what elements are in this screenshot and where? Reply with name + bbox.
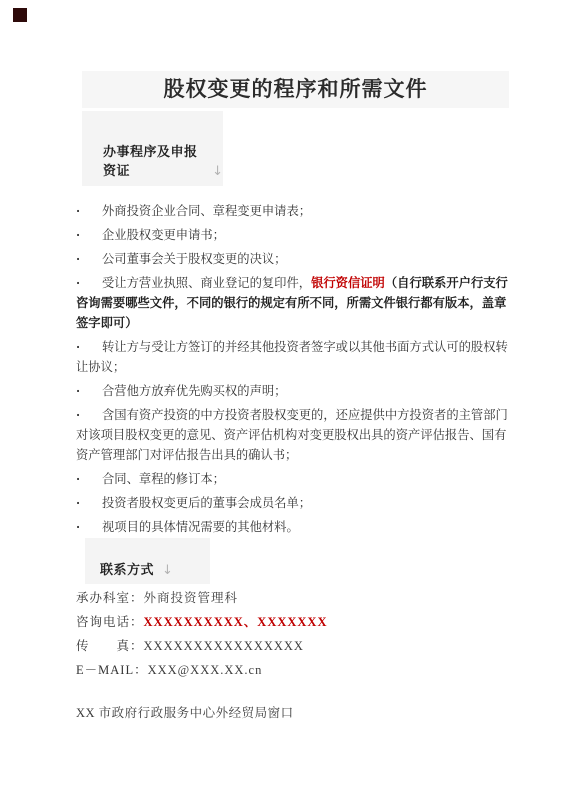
contact-label: E－MAIL： [76,663,148,677]
list-item: ·企业股权变更申请书； [76,225,510,245]
section-contact-header: 联系方式 ↓ [85,538,210,584]
list-item-text: 银行资信证明 [311,276,385,290]
list-item-text: 合同、章程的修订本； [102,472,225,486]
bullet-icon: · [76,405,102,425]
list-item-text: 转让方与受让方签订的并经其他投资者签字或以其他书面方式认可的股权转让协议； [76,340,508,374]
bullet-icon: · [76,337,102,357]
list-item-text: 企业股权变更申请书； [102,228,225,242]
bullet-icon: · [76,273,102,293]
chevron-down-icon[interactable]: ↓ [212,164,223,179]
contact-label: 咨询电话： [76,615,144,629]
contact-label: 传 真： [76,639,144,653]
list-item: ·外商投资企业合同、章程变更申请表； [76,201,510,221]
list-item: ·投资者股权变更后的董事会成员名单； [76,493,510,513]
contact-value: XXXXXXXXXX、XXXXXXX [144,615,328,629]
list-item: ·公司董事会关于股权变更的决议； [76,249,510,269]
contact-value: XXX@XXX.XX.cn [148,663,263,677]
bullet-icon: · [76,469,102,489]
footer-office-line: XX 市政府行政服务中心外经贸局窗口 [76,703,294,723]
section-procedure-header: 办事程序及申报资证 ↓ [82,111,223,186]
bullet-icon: · [76,493,102,513]
contact-label: 承办科室： [76,591,144,605]
contact-row: 传 真：XXXXXXXXXXXXXXXX [76,634,510,658]
list-item-text: 投资者股权变更后的董事会成员名单； [102,496,311,510]
contact-row: 承办科室：外商投资管理科 [76,586,510,610]
bullet-icon: · [76,249,102,269]
list-item: ·受让方营业执照、商业登记的复印件，银行资信证明（自行联系开户行支行咨询需要哪些… [76,273,510,333]
list-item-text: 公司董事会关于股权变更的决议； [102,252,286,266]
contact-value: 外商投资管理科 [144,591,239,605]
list-item-text: 含国有资产投资的中方投资者股权变更的，还应提供中方投资者的主管部门对该项目股权变… [76,408,508,462]
list-item-text: 外商投资企业合同、章程变更申请表； [102,204,311,218]
list-item: ·视项目的具体情况需要的其他材料。 [76,517,510,537]
list-item-text: 合营他方放弃优先购买权的声明； [102,384,286,398]
list-item: ·合同、章程的修订本； [76,469,510,489]
chevron-down-icon[interactable]: ↓ [162,563,173,578]
procedure-list: ·外商投资企业合同、章程变更申请表；·企业股权变更申请书；·公司董事会关于股权变… [76,201,510,541]
title-band: 股权变更的程序和所需文件 [82,71,509,108]
contact-row: 咨询电话：XXXXXXXXXX、XXXXXXX [76,610,510,634]
bullet-icon: · [76,517,102,537]
contact-row: E－MAIL：XXX@XXX.XX.cn [76,658,510,682]
corner-mark [13,8,27,22]
list-item: ·合营他方放弃优先购买权的声明； [76,381,510,401]
page-title: 股权变更的程序和所需文件 [164,77,428,101]
list-item: ·转让方与受让方签订的并经其他投资者签字或以其他书面方式认可的股权转让协议； [76,337,510,377]
contact-list: 承办科室：外商投资管理科咨询电话：XXXXXXXXXX、XXXXXXX传 真：X… [76,586,510,682]
bullet-icon: · [76,381,102,401]
document-page: 股权变更的程序和所需文件 办事程序及申报资证 ↓ ·外商投资企业合同、章程变更申… [0,0,566,800]
list-item: ·含国有资产投资的中方投资者股权变更的，还应提供中方投资者的主管部门对该项目股权… [76,405,510,465]
list-item-text: 视项目的具体情况需要的其他材料。 [102,520,299,534]
section-procedure-title: 办事程序及申报资证 [103,141,204,179]
bullet-icon: · [76,201,102,221]
section-contact-title: 联系方式 [100,559,154,578]
bullet-icon: · [76,225,102,245]
list-item-text: 受让方营业执照、商业登记的复印件， [102,276,311,290]
contact-value: XXXXXXXXXXXXXXXX [144,639,304,653]
